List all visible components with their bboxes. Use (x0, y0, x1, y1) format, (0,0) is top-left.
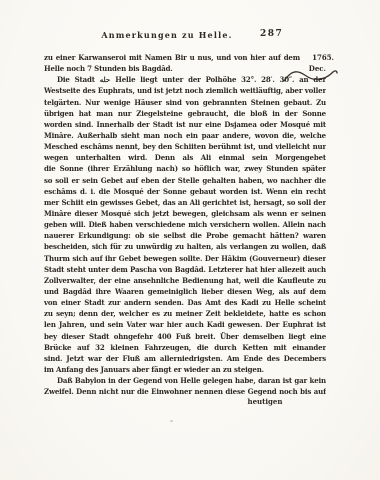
text-line: worden sind. Innerhalb der Stadt ist nur… (44, 119, 326, 130)
text-line: bey dieser Stadt ohngefehr 400 Fuß breit… (44, 331, 326, 342)
text-line: die Sonne (ihrer Erzählung nach) so höfl… (44, 163, 326, 174)
text-line: zu seyn; denn der, welcher es zu meiner … (44, 308, 326, 319)
scan-artifact (170, 420, 173, 422)
text-line: Minâre. Außerhalb sieht man noch ein paa… (44, 130, 326, 141)
text-line: telgärten. Nur wenige Häuser sind von ge… (44, 97, 326, 108)
text-line: eschâms d. i. die Mosqué der Sonne gebau… (44, 186, 326, 197)
text-line: Helle noch 7 Stunden bis Bagdâd. (44, 63, 326, 74)
text-line: Minâre dieser Mosqué sich jetzt bewegen,… (44, 208, 326, 219)
text-line: Stadt steht unter dem Pascha von Bagdâd.… (44, 264, 326, 275)
text-line: bescheiden, sich für zu unwürdig zu halt… (44, 241, 326, 252)
text-line: Brücke auf 32 kleinen Fahrzeugen, die du… (44, 342, 326, 353)
text-line: von einer Stadt zur andern senden. Das A… (44, 297, 326, 308)
text-line: sind. Jetzt war der Fluß am allerniedrig… (44, 353, 326, 364)
text-line: Daß Babylon in der Gegend von Helle gele… (44, 375, 326, 386)
text-line: so soll er sein Gebet auf eben der Stell… (44, 175, 326, 186)
body-text: zu einer Karwanseroi mit Namen Bir u nus… (44, 52, 326, 397)
catchword: heutigen (235, 397, 295, 406)
page-number: 287 (260, 29, 283, 39)
text-line: mer Schiit ein gewisses Gebet, das an Al… (44, 197, 326, 208)
text-line: übrigen hat man nur Ziegelsteine gebrauc… (44, 108, 326, 119)
text-line: nauerer Erkundigung: ob sie selbst die P… (44, 230, 326, 241)
text-line: Zollverwalter, der eine ansehnliche Bedi… (44, 275, 326, 286)
text-line: len Jahren, und sein Vater war hier auch… (44, 319, 326, 330)
running-title: Anmerkungen zu Helle. (44, 30, 290, 40)
text-line: Die Stadt حله Helle liegt unter der Polh… (44, 74, 326, 85)
text-line: Westseite des Euphrats, und ist jetzt no… (44, 85, 326, 96)
text-line: wegen unterhalten wird. Denn als Ali ein… (44, 152, 326, 163)
book-page: Anmerkungen zu Helle. 287 1765. Dec. zu … (0, 0, 380, 480)
text-line: Mesched eschâms nennt, bey den Schiiten … (44, 141, 326, 152)
text-line: und Bagdâd ihre Waaren gemeiniglich lieb… (44, 286, 326, 297)
text-line: Zweifel. Denn nicht nur die Einwohner ne… (44, 386, 326, 397)
text-line: zu einer Karwanseroi mit Namen Bir u nus… (44, 52, 326, 63)
text-line: im Anfang des Januars aber fängt er wied… (44, 364, 326, 375)
text-line: geben will. Dieß haben verschiedene mich… (44, 219, 326, 230)
text-line: Thurm sich auf ihr Gebet bewegen sollte.… (44, 253, 326, 264)
